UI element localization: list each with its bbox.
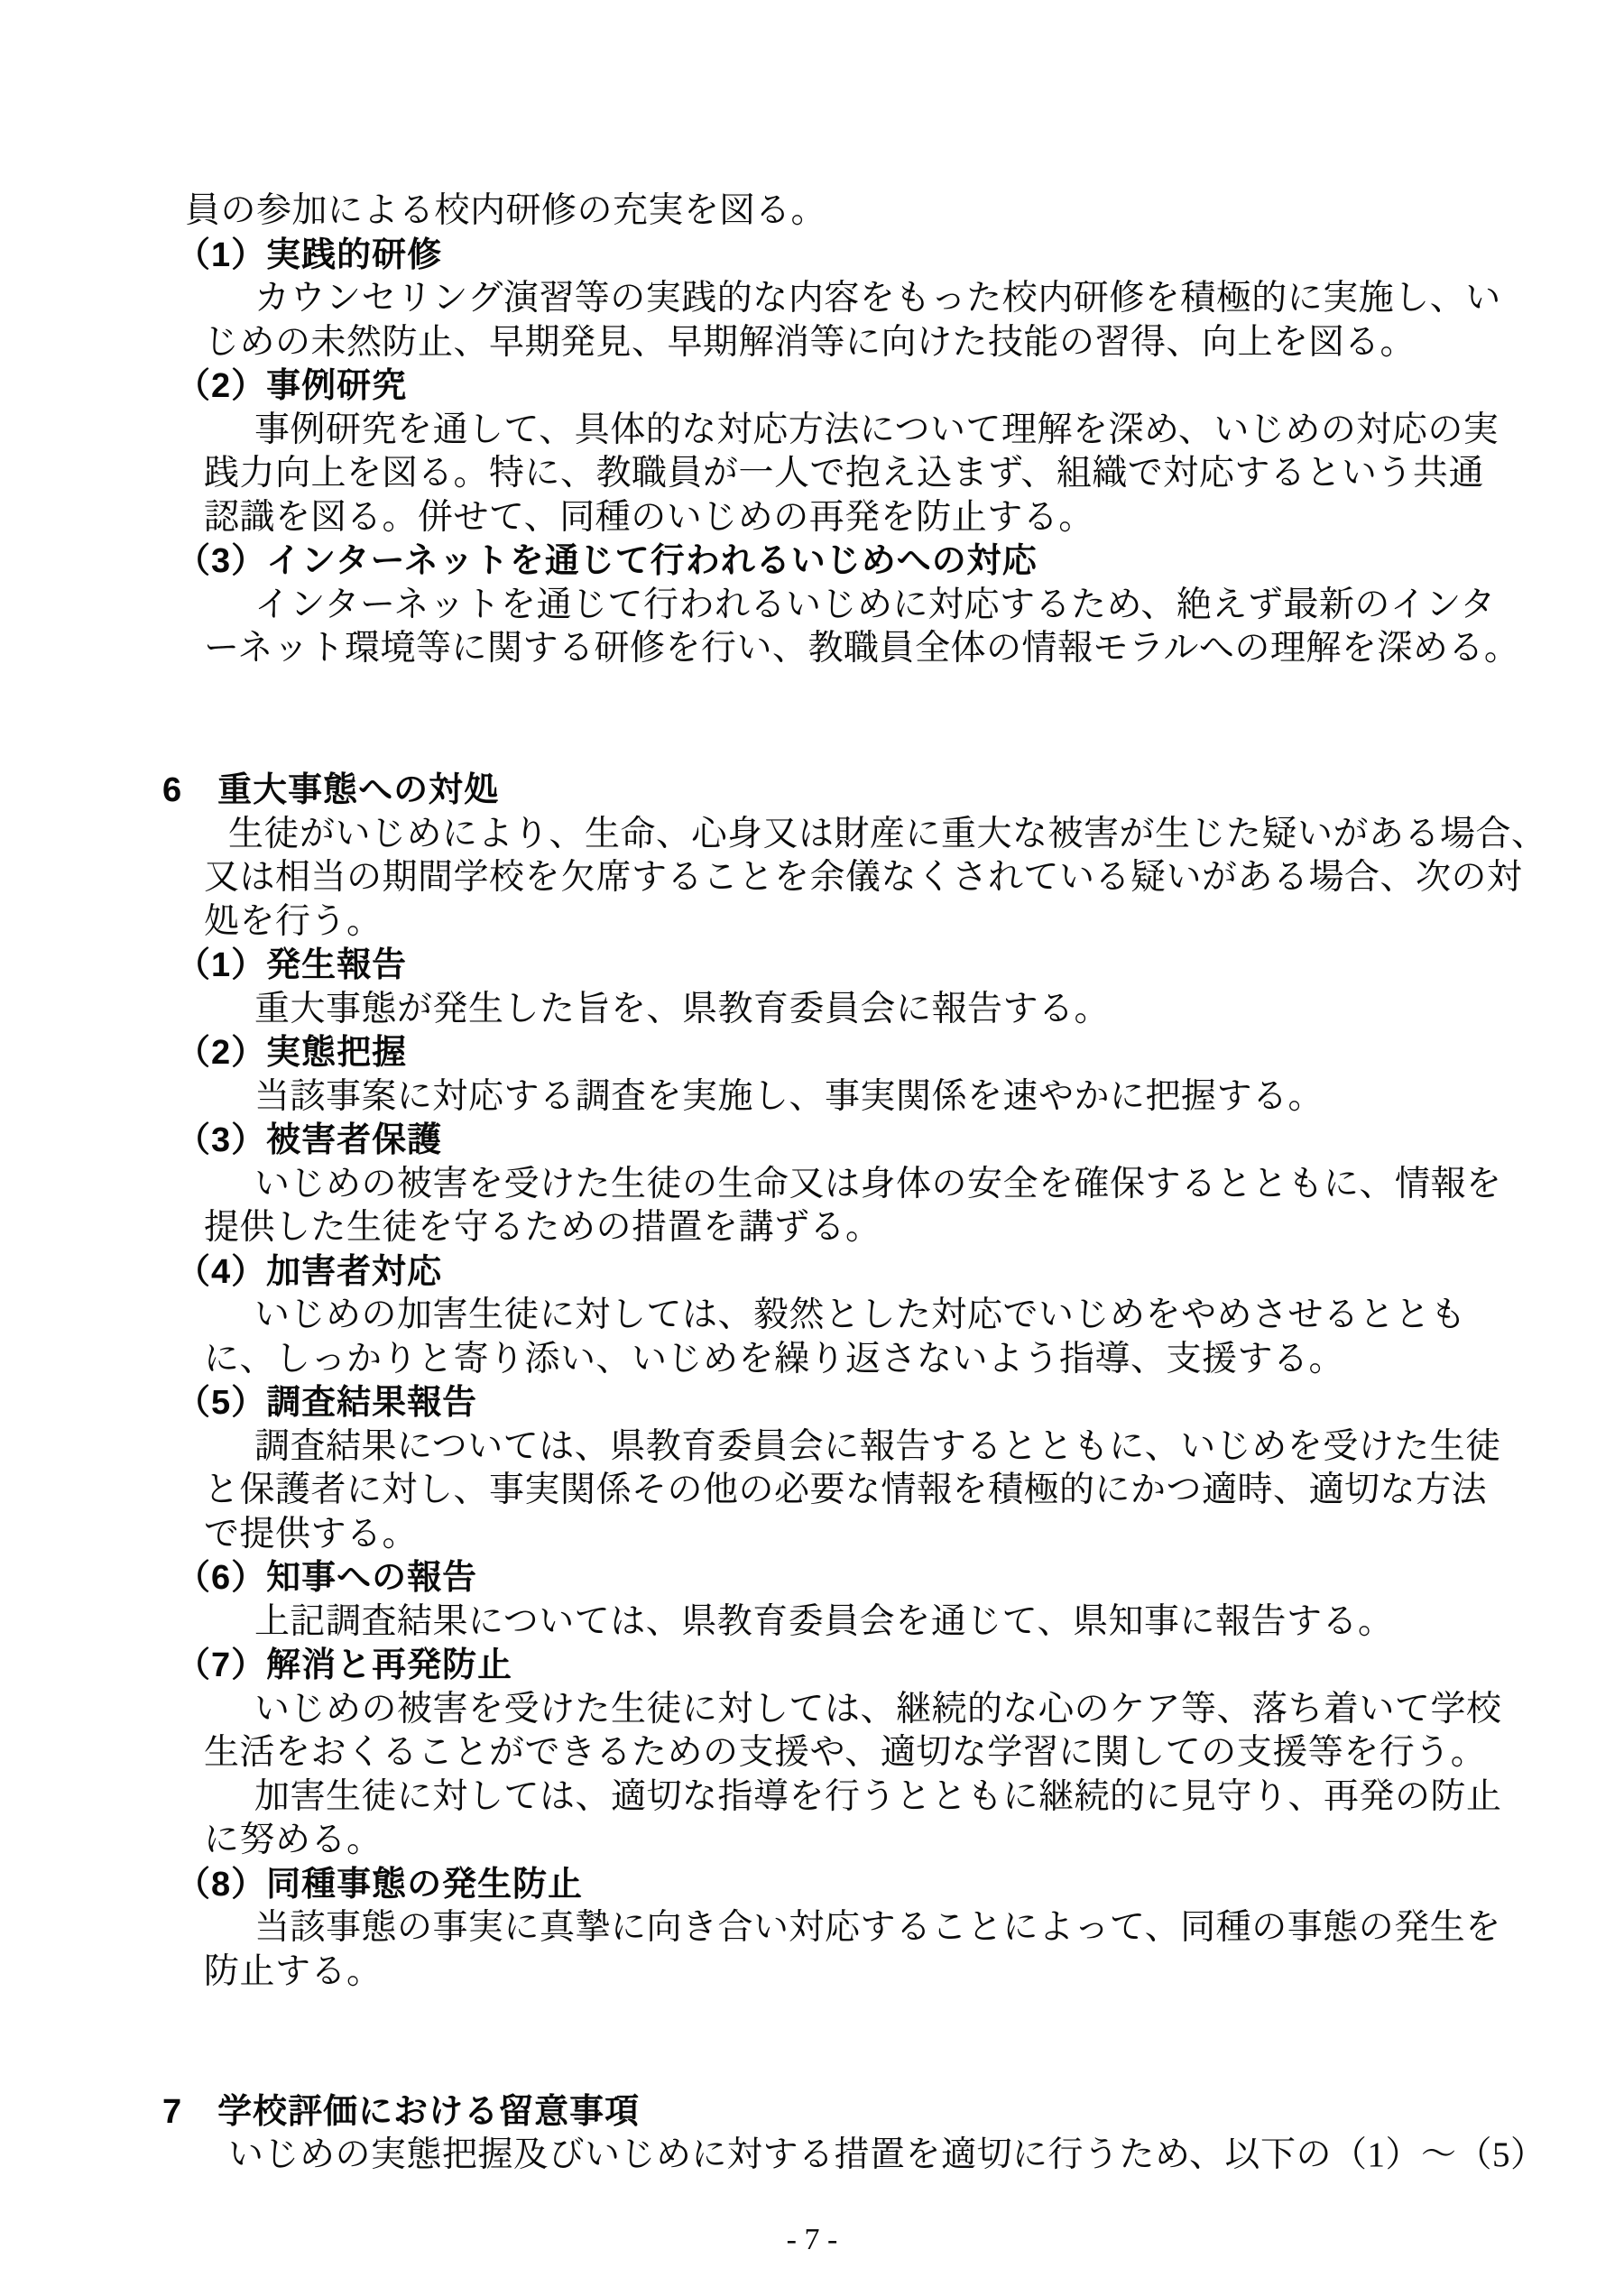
doc-text-line: 生活をおくることができるための支援や、適切な学習に関しての支援等を行う。: [204, 1731, 1624, 1775]
doc-sub-heading: （5）調査結果報告: [176, 1381, 1624, 1425]
doc-text-line: ーネット環境等に関する研修を行い、教職員全体の情報モラルへの理解を深める。: [204, 627, 1624, 671]
doc-text-line: 上記調査結果については、県教育委員会を通じて、県知事に報告する。: [254, 1600, 1624, 1645]
blank-line: [0, 671, 1624, 770]
doc-text-line: いじめの被害を受けた生徒に対しては、継続的な心のケア等、落ち着いて学校: [254, 1688, 1624, 1732]
doc-text-line: いじめの被害を受けた生徒の生命又は身体の安全を確保するとともに、情報を: [254, 1163, 1624, 1207]
doc-text-line: 調査結果については、県教育委員会に報告するとともに、いじめを受けた生徒: [254, 1425, 1624, 1470]
doc-text-line: 生徒がいじめにより、生命、心身又は財産に重大な被害が生じた疑いがある場合、: [228, 813, 1624, 857]
doc-sub-heading: （4）加害者対応: [176, 1250, 1624, 1295]
doc-text-line: と保護者に対し、事実関係その他の必要な情報を積極的にかつ適時、適切な方法: [204, 1469, 1624, 1513]
doc-sub-heading: （3）インターネットを通じて行われるいじめへの対応: [176, 539, 1624, 584]
doc-text-line: 提供した生徒を守るための措置を講ずる。: [204, 1206, 1624, 1250]
doc-sub-heading: （7）解消と再発防止: [176, 1644, 1624, 1688]
doc-text-line: カウンセリング演習等の実践的な内容をもった校内研修を積極的に実施し、い: [254, 277, 1624, 321]
doc-section-heading: 6 重大事態への対処: [162, 769, 1624, 813]
doc-sub-heading: （6）知事への報告: [176, 1556, 1624, 1600]
doc-text-line: 又は相当の期間学校を欠席することを余儀なくされている疑いがある場合、次の対: [204, 856, 1624, 900]
doc-text-line: 防止する。: [204, 1950, 1624, 1995]
doc-text-line: 事例研究を通して、具体的な対応方法について理解を深め、いじめの対応の実: [254, 409, 1624, 453]
doc-sub-heading: （2）事例研究: [176, 364, 1624, 409]
doc-text-line: 践力向上を図る。特に、教職員が一人で抱え込まず、組織で対応するという共通: [204, 452, 1624, 496]
doc-sub-heading: （8）同種事態の発生防止: [176, 1863, 1624, 1907]
doc-text-line: 当該事案に対応する調査を実施し、事実関係を速やかに把握する。: [254, 1075, 1624, 1120]
doc-text-line: に、しっかりと寄り添い、いじめを繰り返さないよう指導、支援する。: [204, 1338, 1624, 1382]
doc-section-heading: 7 学校評価における留意事項: [162, 2090, 1624, 2135]
doc-sub-heading: （1）実践的研修: [176, 234, 1624, 278]
doc-text-line: いじめの加害生徒に対しては、毅然とした対応でいじめをやめさせるととも: [254, 1294, 1624, 1338]
doc-sub-heading: （2）実態把握: [176, 1031, 1624, 1075]
document-page: 員の参加による校内研修の充実を図る。（1）実践的研修カウンセリング演習等の実践的…: [0, 0, 1624, 2296]
doc-text-line: に努める。: [204, 1819, 1624, 1863]
doc-text-line: インターネットを通じて行われるいじめに対応するため、絶えず最新のインタ: [254, 584, 1624, 628]
doc-text-line: 員の参加による校内研修の充実を図る。: [185, 189, 1624, 234]
document-body: 員の参加による校内研修の充実を図る。（1）実践的研修カウンセリング演習等の実践的…: [0, 0, 1624, 2178]
doc-text-line: 重大事態が発生した旨を、県教育委員会に報告する。: [254, 988, 1624, 1032]
doc-text-line: 加害生徒に対しては、適切な指導を行うとともに継続的に見守り、再発の防止: [254, 1775, 1624, 1820]
doc-text-line: 処を行う。: [204, 900, 1624, 945]
doc-text-line: 当該事態の事実に真摯に向き合い対応することによって、同種の事態の発生を: [254, 1906, 1624, 1950]
doc-text-line: じめの未然防止、早期発見、早期解消等に向けた技能の習得、向上を図る。: [204, 321, 1624, 365]
doc-sub-heading: （3）被害者保護: [176, 1119, 1624, 1163]
page-number: - 7 -: [0, 2218, 1624, 2262]
blank-line: [0, 1994, 1624, 2090]
doc-text-line: で提供する。: [204, 1513, 1624, 1557]
doc-sub-heading: （1）発生報告: [176, 944, 1624, 988]
doc-text-line: いじめの実態把握及びいじめに対する措置を適切に行うため、以下の（1）～（5）: [228, 2134, 1624, 2178]
doc-text-line: 認識を図る。併せて、同種のいじめの再発を防止する。: [204, 496, 1624, 540]
